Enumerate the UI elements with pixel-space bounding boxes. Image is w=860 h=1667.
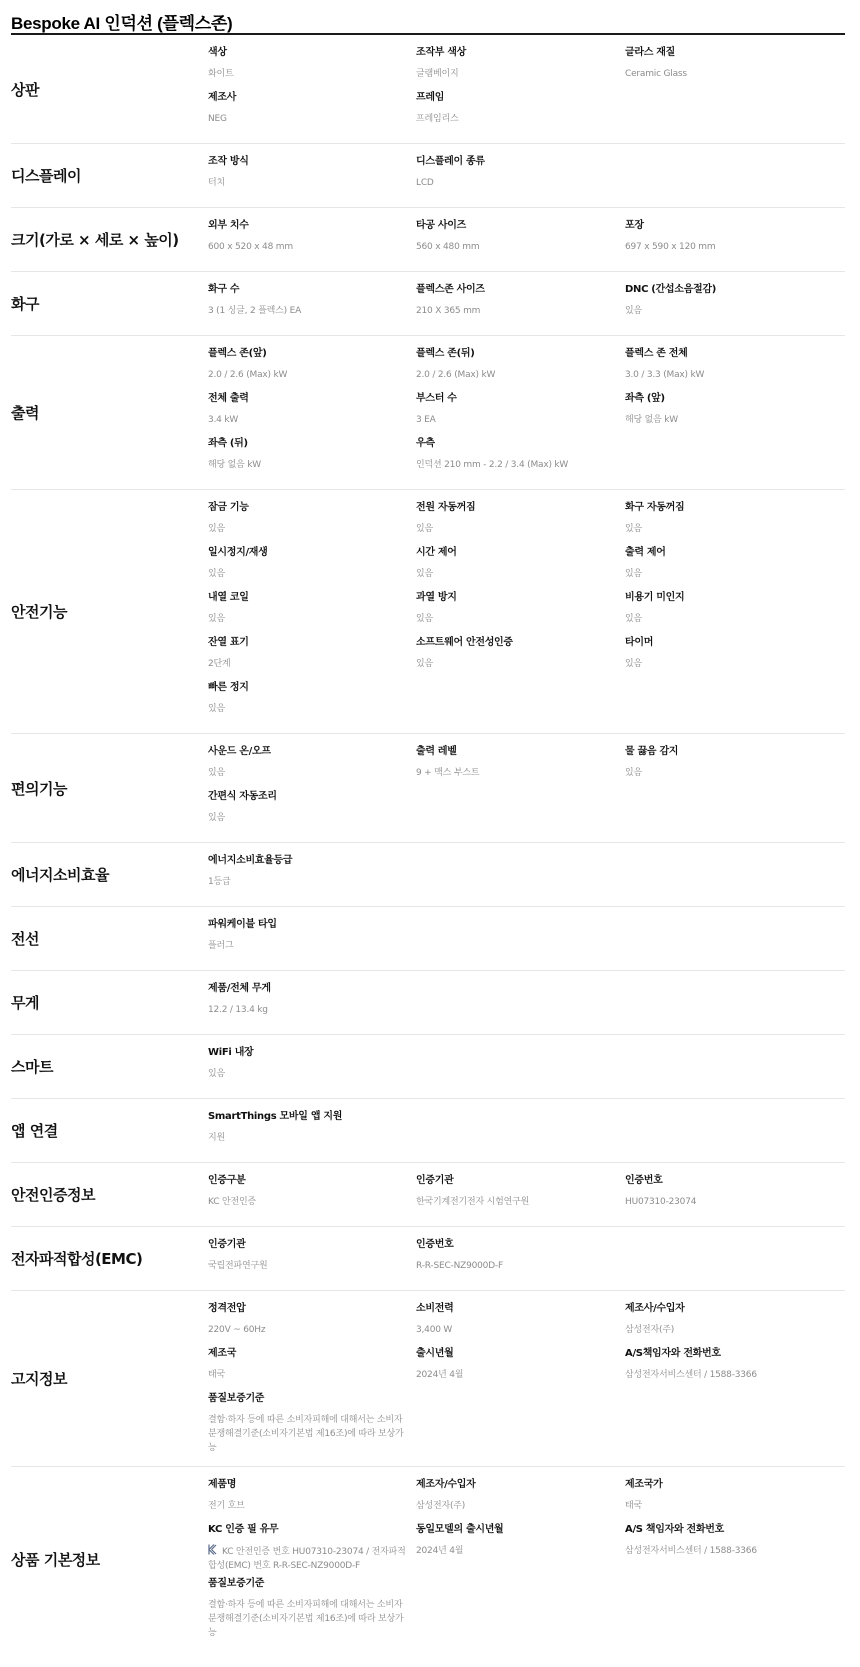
- spec-value: 국립전파연구원: [208, 1259, 416, 1273]
- spec-label: 사운드 온/오프: [208, 745, 416, 766]
- spec-value: 560 x 480 mm: [416, 240, 625, 254]
- spec-item: 파워케이블 타입 플러그: [208, 918, 416, 959]
- spec-value: 1등급: [208, 875, 416, 889]
- section-title: 상판: [11, 46, 208, 132]
- spec-value: 있음: [625, 304, 845, 318]
- spec-label: 제조국: [208, 1347, 416, 1368]
- spec-label: 제품/전체 무게: [208, 982, 416, 1003]
- spec-section-6: 편의기능 사운드 온/오프 있음 출력 레벨 9 + 맥스 부스트 물 끓음 감…: [11, 734, 845, 843]
- spec-item: DNC (간섭소음절감) 있음: [625, 283, 845, 324]
- spec-grid: 인증기관 국립전파연구원 인증번호 R-R-SEC-NZ9000D-F: [208, 1238, 845, 1279]
- section-title: 출력: [11, 347, 208, 478]
- spec-label: 파워케이블 타입: [208, 918, 416, 939]
- spec-value: 697 x 590 x 120 mm: [625, 240, 845, 254]
- spec-value: 있음: [416, 657, 625, 671]
- spec-value: 2.0 / 2.6 (Max) kW: [416, 368, 625, 382]
- spec-item: 제조국가 태국: [625, 1478, 845, 1519]
- spec-section-0: 상판 색상 화이트 조작부 색상 글램베이지 글라스 재질 Ceramic Gl…: [11, 35, 845, 144]
- spec-item: 소비전력 3,400 W: [416, 1302, 625, 1343]
- spec-label: 소프트웨어 안전성인증: [416, 636, 625, 657]
- spec-label: 간편식 자동조리: [208, 790, 416, 811]
- spec-item: 출시년월 2024년 4월: [416, 1347, 625, 1388]
- spec-value: 지원: [208, 1131, 416, 1145]
- spec-item: 내열 코일 있음: [208, 591, 416, 632]
- spec-label: DNC (간섭소음절감): [625, 283, 845, 304]
- spec-grid: 플렉스 존(앞) 2.0 / 2.6 (Max) kW 플렉스 존(뒤) 2.0…: [208, 347, 845, 478]
- spec-item: 플렉스 존 전체 3.0 / 3.3 (Max) kW: [625, 347, 845, 388]
- spec-value: 있음: [416, 567, 625, 581]
- spec-item: 좌측 (앞) 해당 없음 kW: [625, 392, 845, 433]
- spec-value: R-R-SEC-NZ9000D-F: [416, 1259, 625, 1273]
- spec-label: 인증번호: [416, 1238, 625, 1259]
- spec-label: SmartThings 모바일 앱 지원: [208, 1110, 416, 1131]
- spec-label: 플렉스 존 전체: [625, 347, 845, 368]
- spec-value: 글램베이지: [416, 67, 625, 81]
- spec-label: 제조국가: [625, 1478, 845, 1499]
- spec-item: 전원 자동꺼짐 있음: [416, 501, 625, 542]
- spec-value: 태국: [625, 1499, 845, 1513]
- spec-value: 2.0 / 2.6 (Max) kW: [208, 368, 416, 382]
- spec-label: 제조사: [208, 91, 416, 112]
- spec-value: 있음: [208, 612, 416, 626]
- spec-grid: 조작 방식 터치 디스플레이 종류 LCD: [208, 155, 845, 196]
- spec-item: 동일모델의 출시년월 2024년 4월: [416, 1523, 625, 1573]
- spec-item: 일시정지/재생 있음: [208, 546, 416, 587]
- spec-item: 인증기관 국립전파연구원: [208, 1238, 416, 1279]
- spec-label: WiFi 내장: [208, 1046, 416, 1067]
- spec-label: 외부 치수: [208, 219, 416, 240]
- spec-label: 색상: [208, 46, 416, 67]
- spec-label: 좌측 (앞): [625, 392, 845, 413]
- spec-item: 우측 인덕션 210 mm - 2.2 / 3.4 (Max) kW: [416, 437, 625, 478]
- spec-item: 에너지소비효율등급 1등급: [208, 854, 416, 895]
- spec-item: 색상 화이트: [208, 46, 416, 87]
- spec-section-1: 디스플레이 조작 방식 터치 디스플레이 종류 LCD: [11, 144, 845, 208]
- spec-value: 삼성전자(주): [416, 1499, 625, 1513]
- spec-label: 출력 레벨: [416, 745, 625, 766]
- spec-label: A/S 책임자와 전화번호: [625, 1523, 845, 1544]
- spec-label: 인증기관: [416, 1174, 625, 1195]
- spec-label: 우측: [416, 437, 625, 458]
- spec-value: 플러그: [208, 939, 416, 953]
- spec-value: 있음: [625, 766, 845, 780]
- spec-value: 한국기계전기전자 시험연구원: [416, 1195, 625, 1209]
- spec-section-9: 무게 제품/전체 무게 12.2 / 13.4 kg: [11, 971, 845, 1035]
- spec-item: 출력 레벨 9 + 맥스 부스트: [416, 745, 625, 786]
- spec-value: 3.4 kW: [208, 413, 416, 427]
- spec-table: 상판 색상 화이트 조작부 색상 글램베이지 글라스 재질 Ceramic Gl…: [11, 35, 845, 1651]
- spec-value: 2단계: [208, 657, 416, 671]
- spec-item: 외부 치수 600 x 520 x 48 mm: [208, 219, 416, 260]
- spec-label: 제조자/수입자: [416, 1478, 625, 1499]
- spec-grid: 색상 화이트 조작부 색상 글램베이지 글라스 재질 Ceramic Glass…: [208, 46, 845, 132]
- spec-value: 삼성전자서비스센터 / 1588-3366: [625, 1544, 845, 1558]
- spec-value: 있음: [625, 522, 845, 536]
- spec-value: 2024년 4월: [416, 1544, 625, 1558]
- spec-value: 3 (1 싱글, 2 플렉스) EA: [208, 304, 416, 318]
- spec-label: 제조사/수입자: [625, 1302, 845, 1323]
- spec-item: 잔열 표기 2단계: [208, 636, 416, 677]
- spec-label: 출력 제어: [625, 546, 845, 567]
- spec-item: 제조국 태국: [208, 1347, 416, 1388]
- spec-value: 태국: [208, 1368, 416, 1382]
- spec-value: 있음: [208, 567, 416, 581]
- spec-item: 간편식 자동조리 있음: [208, 790, 416, 831]
- spec-section-10: 스마트 WiFi 내장 있음: [11, 1035, 845, 1099]
- spec-value: 삼성전자(주): [625, 1323, 845, 1337]
- spec-item: 제품/전체 무게 12.2 / 13.4 kg: [208, 982, 416, 1023]
- spec-item: 디스플레이 종류 LCD: [416, 155, 625, 196]
- page-title: Bespoke AI 인덕션 (플렉스존): [11, 0, 845, 35]
- spec-value: 있음: [625, 657, 845, 671]
- spec-item: 부스터 수 3 EA: [416, 392, 625, 433]
- spec-item: 제조사/수입자 삼성전자(주): [625, 1302, 845, 1343]
- spec-value: 있음: [416, 612, 625, 626]
- spec-label: 좌측 (뒤): [208, 437, 416, 458]
- spec-label: 빠른 정지: [208, 681, 416, 702]
- spec-value: 2024년 4월: [416, 1368, 625, 1382]
- spec-label: 부스터 수: [416, 392, 625, 413]
- spec-value-text: KC 안전인증 번호 HU07310-23074 / 전자파적합성(EMC) 번…: [208, 1547, 406, 1571]
- section-title: 크기(가로 × 세로 × 높이): [11, 219, 208, 260]
- spec-item: 화구 자동꺼짐 있음: [625, 501, 845, 542]
- spec-item: 타이머 있음: [625, 636, 845, 677]
- spec-section-4: 출력 플렉스 존(앞) 2.0 / 2.6 (Max) kW 플렉스 존(뒤) …: [11, 336, 845, 490]
- section-title: 앱 연결: [11, 1110, 208, 1151]
- spec-item: SmartThings 모바일 앱 지원 지원: [208, 1110, 416, 1151]
- spec-grid: 제품명 전기 호브 제조자/수입자 삼성전자(주) 제조국가 태국 KC 인증 …: [208, 1478, 845, 1640]
- spec-page: Bespoke AI 인덕션 (플렉스존) 상판 색상 화이트 조작부 색상 글…: [0, 0, 860, 1651]
- spec-grid: SmartThings 모바일 앱 지원 지원: [208, 1110, 845, 1151]
- spec-label: 전원 자동꺼짐: [416, 501, 625, 522]
- spec-value: 인덕션 210 mm - 2.2 / 3.4 (Max) kW: [416, 458, 625, 472]
- spec-item: 플렉스 존(뒤) 2.0 / 2.6 (Max) kW: [416, 347, 625, 388]
- spec-section-2: 크기(가로 × 세로 × 높이) 외부 치수 600 x 520 x 48 mm…: [11, 208, 845, 272]
- spec-value: 전기 호브: [208, 1499, 416, 1513]
- spec-item: 잠금 기능 있음: [208, 501, 416, 542]
- kc-mark-icon: [208, 1544, 217, 1555]
- spec-label: 플렉스 존(앞): [208, 347, 416, 368]
- spec-value: 있음: [625, 567, 845, 581]
- spec-label: 잠금 기능: [208, 501, 416, 522]
- spec-grid: 제품/전체 무게 12.2 / 13.4 kg: [208, 982, 845, 1023]
- spec-value: KC 안전인증 번호 HU07310-23074 / 전자파적합성(EMC) 번…: [208, 1544, 416, 1573]
- spec-value: 있음: [208, 811, 416, 825]
- spec-item: 출력 제어 있음: [625, 546, 845, 587]
- spec-value: 600 x 520 x 48 mm: [208, 240, 416, 254]
- spec-section-14: 고지정보 정격전압 220V ~ 60Hz 소비전력 3,400 W 제조사/수…: [11, 1291, 845, 1467]
- spec-value: 3,400 W: [416, 1323, 625, 1337]
- section-title: 안전기능: [11, 501, 208, 722]
- spec-value: 해당 없음 kW: [625, 413, 845, 427]
- spec-label: 포장: [625, 219, 845, 240]
- spec-item: 정격전압 220V ~ 60Hz: [208, 1302, 416, 1343]
- spec-section-3: 화구 화구 수 3 (1 싱글, 2 플렉스) EA 플렉스존 사이즈 210 …: [11, 272, 845, 336]
- spec-label: 화구 자동꺼짐: [625, 501, 845, 522]
- spec-value: 결함·하자 등에 따른 소비자피해에 대해서는 소비자분쟁해결기준(소비자기본법…: [208, 1598, 416, 1640]
- spec-grid: 외부 치수 600 x 520 x 48 mm 타공 사이즈 560 x 480…: [208, 219, 845, 260]
- spec-label: 출시년월: [416, 1347, 625, 1368]
- spec-label: 플렉스존 사이즈: [416, 283, 625, 304]
- spec-value: 있음: [208, 522, 416, 536]
- spec-value: 터치: [208, 176, 416, 190]
- spec-label: 동일모델의 출시년월: [416, 1523, 625, 1544]
- spec-label: 물 끓음 감지: [625, 745, 845, 766]
- spec-item: 인증번호 R-R-SEC-NZ9000D-F: [416, 1238, 625, 1279]
- spec-item: 프레임 프레임리스: [416, 91, 625, 132]
- spec-item: 조작 방식 터치: [208, 155, 416, 196]
- spec-section-12: 안전인증정보 인증구분 KC 안전인증 인증기관 한국기계전기전자 시험연구원 …: [11, 1163, 845, 1227]
- spec-label: 화구 수: [208, 283, 416, 304]
- spec-item: 빠른 정지 있음: [208, 681, 416, 722]
- spec-item: 인증기관 한국기계전기전자 시험연구원: [416, 1174, 625, 1215]
- spec-grid: 인증구분 KC 안전인증 인증기관 한국기계전기전자 시험연구원 인증번호 HU…: [208, 1174, 845, 1215]
- spec-item: 시간 제어 있음: [416, 546, 625, 587]
- spec-label: 내열 코일: [208, 591, 416, 612]
- spec-section-13: 전자파적합성(EMC) 인증기관 국립전파연구원 인증번호 R-R-SEC-NZ…: [11, 1227, 845, 1291]
- spec-section-11: 앱 연결 SmartThings 모바일 앱 지원 지원: [11, 1099, 845, 1163]
- spec-section-8: 전선 파워케이블 타입 플러그: [11, 907, 845, 971]
- spec-item: 포장 697 x 590 x 120 mm: [625, 219, 845, 260]
- spec-label: 인증구분: [208, 1174, 416, 1195]
- spec-label: 조작부 색상: [416, 46, 625, 67]
- spec-value: HU07310-23074: [625, 1195, 845, 1209]
- spec-label: A/S책임자와 전화번호: [625, 1347, 845, 1368]
- spec-item: 제조자/수입자 삼성전자(주): [416, 1478, 625, 1519]
- spec-value: 삼성전자서비스센터 / 1588-3366: [625, 1368, 845, 1382]
- spec-label: 인증번호: [625, 1174, 845, 1195]
- spec-value: 210 X 365 mm: [416, 304, 625, 318]
- spec-value: 220V ~ 60Hz: [208, 1323, 416, 1337]
- section-title: 편의기능: [11, 745, 208, 831]
- spec-item: 사운드 온/오프 있음: [208, 745, 416, 786]
- spec-label: 플렉스 존(뒤): [416, 347, 625, 368]
- section-title: 고지정보: [11, 1302, 208, 1455]
- spec-label: 정격전압: [208, 1302, 416, 1323]
- spec-label: 타공 사이즈: [416, 219, 625, 240]
- spec-item: 플렉스존 사이즈 210 X 365 mm: [416, 283, 625, 324]
- spec-value: 있음: [416, 522, 625, 536]
- section-title: 화구: [11, 283, 208, 324]
- spec-value: 있음: [208, 766, 416, 780]
- spec-label: 일시정지/재생: [208, 546, 416, 567]
- section-title: 전선: [11, 918, 208, 959]
- spec-value: Ceramic Glass: [625, 67, 845, 81]
- spec-item: 인증구분 KC 안전인증: [208, 1174, 416, 1215]
- spec-item: 품질보증기준 결함·하자 등에 따른 소비자피해에 대해서는 소비자분쟁해결기준…: [208, 1577, 416, 1640]
- section-title: 상품 기본정보: [11, 1478, 208, 1640]
- spec-item: 제품명 전기 호브: [208, 1478, 416, 1519]
- spec-label: 잔열 표기: [208, 636, 416, 657]
- spec-item: 소프트웨어 안전성인증 있음: [416, 636, 625, 677]
- spec-label: 조작 방식: [208, 155, 416, 176]
- spec-grid: 파워케이블 타입 플러그: [208, 918, 845, 959]
- spec-value: 프레임리스: [416, 112, 625, 126]
- spec-label: KC 인증 필 유무: [208, 1523, 416, 1544]
- spec-item: WiFi 내장 있음: [208, 1046, 416, 1087]
- spec-value: 결함·하자 등에 따른 소비자피해에 대해서는 소비자분쟁해결기준(소비자기본법…: [208, 1413, 416, 1455]
- spec-item: 품질보증기준 결함·하자 등에 따른 소비자피해에 대해서는 소비자분쟁해결기준…: [208, 1392, 416, 1455]
- spec-item: 플렉스 존(앞) 2.0 / 2.6 (Max) kW: [208, 347, 416, 388]
- spec-label: 프레임: [416, 91, 625, 112]
- spec-label: 전체 출력: [208, 392, 416, 413]
- spec-item: A/S책임자와 전화번호 삼성전자서비스센터 / 1588-3366: [625, 1347, 845, 1388]
- spec-label: 인증기관: [208, 1238, 416, 1259]
- spec-value: 화이트: [208, 67, 416, 81]
- spec-value: 있음: [208, 1067, 416, 1081]
- spec-value: 3 EA: [416, 413, 625, 427]
- spec-label: 시간 제어: [416, 546, 625, 567]
- spec-value: 있음: [625, 612, 845, 626]
- section-title: 전자파적합성(EMC): [11, 1238, 208, 1279]
- spec-item: 과열 방지 있음: [416, 591, 625, 632]
- spec-grid: 사운드 온/오프 있음 출력 레벨 9 + 맥스 부스트 물 끓음 감지 있음 …: [208, 745, 845, 831]
- spec-value: NEG: [208, 112, 416, 126]
- spec-item: 전체 출력 3.4 kW: [208, 392, 416, 433]
- section-title: 스마트: [11, 1046, 208, 1087]
- spec-grid: 정격전압 220V ~ 60Hz 소비전력 3,400 W 제조사/수입자 삼성…: [208, 1302, 845, 1455]
- spec-label: 소비전력: [416, 1302, 625, 1323]
- spec-item: 비용기 미인지 있음: [625, 591, 845, 632]
- spec-item: 타공 사이즈 560 x 480 mm: [416, 219, 625, 260]
- spec-grid: 잠금 기능 있음 전원 자동꺼짐 있음 화구 자동꺼짐 있음 일시정지/재생 있…: [208, 501, 845, 722]
- spec-section-5: 안전기능 잠금 기능 있음 전원 자동꺼짐 있음 화구 자동꺼짐 있음 일시정지…: [11, 490, 845, 734]
- spec-value: 해당 없음 kW: [208, 458, 416, 472]
- spec-label: 글라스 재질: [625, 46, 845, 67]
- spec-value: LCD: [416, 176, 625, 190]
- spec-label: 타이머: [625, 636, 845, 657]
- spec-section-7: 에너지소비효율 에너지소비효율등급 1등급: [11, 843, 845, 907]
- spec-value: 3.0 / 3.3 (Max) kW: [625, 368, 845, 382]
- spec-value: KC 안전인증: [208, 1195, 416, 1209]
- section-title: 무게: [11, 982, 208, 1023]
- spec-label: 품질보증기준: [208, 1577, 416, 1598]
- spec-item: 인증번호 HU07310-23074: [625, 1174, 845, 1215]
- spec-label: 디스플레이 종류: [416, 155, 625, 176]
- spec-item: 조작부 색상 글램베이지: [416, 46, 625, 87]
- spec-label: 에너지소비효율등급: [208, 854, 416, 875]
- spec-label: 과열 방지: [416, 591, 625, 612]
- spec-grid: WiFi 내장 있음: [208, 1046, 845, 1087]
- spec-item: 좌측 (뒤) 해당 없음 kW: [208, 437, 416, 478]
- spec-item: A/S 책임자와 전화번호 삼성전자서비스센터 / 1588-3366: [625, 1523, 845, 1573]
- spec-item: 물 끓음 감지 있음: [625, 745, 845, 786]
- spec-item: KC 인증 필 유무 KC 안전인증 번호 HU07310-23074 / 전자…: [208, 1523, 416, 1573]
- spec-value: 12.2 / 13.4 kg: [208, 1003, 416, 1017]
- section-title: 디스플레이: [11, 155, 208, 196]
- spec-label: 비용기 미인지: [625, 591, 845, 612]
- spec-label: 품질보증기준: [208, 1392, 416, 1413]
- spec-item: 글라스 재질 Ceramic Glass: [625, 46, 845, 87]
- spec-grid: 에너지소비효율등급 1등급: [208, 854, 845, 895]
- spec-section-15: 상품 기본정보 제품명 전기 호브 제조자/수입자 삼성전자(주) 제조국가 태…: [11, 1467, 845, 1651]
- spec-value: 9 + 맥스 부스트: [416, 766, 625, 780]
- spec-item: 화구 수 3 (1 싱글, 2 플렉스) EA: [208, 283, 416, 324]
- spec-item: 제조사 NEG: [208, 91, 416, 132]
- spec-grid: 화구 수 3 (1 싱글, 2 플렉스) EA 플렉스존 사이즈 210 X 3…: [208, 283, 845, 324]
- spec-label: 제품명: [208, 1478, 416, 1499]
- section-title: 에너지소비효율: [11, 854, 208, 895]
- spec-value: 있음: [208, 702, 416, 716]
- section-title: 안전인증정보: [11, 1174, 208, 1215]
